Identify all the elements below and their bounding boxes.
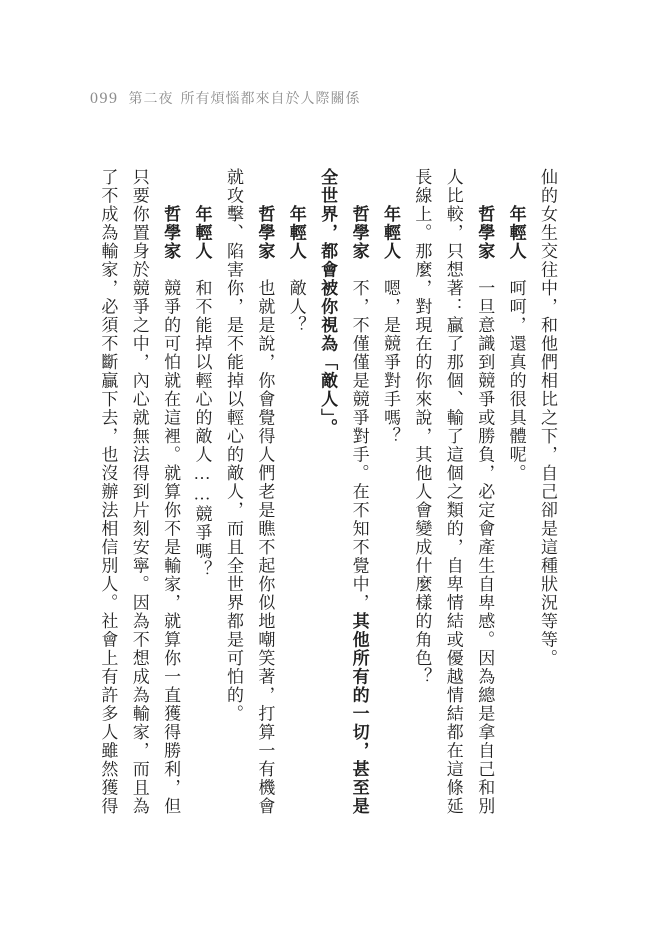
chapter-label: 第二夜 [129,88,174,108]
dialogue-paragraph: 年輕人 呵呵，還真的很具體呢。 [500,168,531,817]
dialogue-text: 和不能掉以輕心的敵人……競爭嗎？ [193,279,212,579]
speaker-name: 哲學家 [475,205,494,279]
speaker-name: 年輕人 [381,205,400,279]
dialogue-paragraph: 哲學家 不，不僅僅是競爭對手。在不知不覺中，其他所有的一切，甚至是全世界，都會被… [312,168,375,817]
running-header: 099 第二夜 所有煩惱都來自於人際關係 [90,88,361,108]
dialogue-text: 嗯，是競爭對手嗎？ [381,279,400,446]
dialogue-paragraph: 哲學家 競爭的可怕就在這裡。就算你不是輸家，就算你一直獲得勝利，但只要你置身於競… [92,168,186,817]
dialogue-paragraph: 哲學家 一旦意識到競爭或勝負，必定會產生自卑感。因為總是拿自己和別人比較，只想著… [406,168,500,817]
dialogue-text: 呵呵，還真的很具體呢。 [507,279,526,483]
dialogue-text: 仙的女生交往中，和他們相比之下，自己卻是這種狀況等等。 [538,168,557,668]
dialogue-paragraph: 年輕人 和不能掉以輕心的敵人……競爭嗎？ [186,168,217,817]
page-body-vertical-text: 仙的女生交往中，和他們相比之下，自己卻是這種狀況等等。年輕人 呵呵，還真的很具體… [91,168,563,817]
dialogue-text: 敵人？ [287,279,306,335]
dialogue-paragraph: 年輕人 嗯，是競爭對手嗎？ [375,168,406,817]
page-number: 099 [90,90,119,108]
chapter-title: 所有煩惱都來自於人際關係 [181,88,361,108]
speaker-name: 哲學家 [161,205,180,279]
speaker-name: 年輕人 [193,205,212,279]
speaker-name: 哲學家 [255,205,274,279]
speaker-name: 哲學家 [350,205,369,279]
speaker-name: 年輕人 [507,205,526,279]
continuation-paragraph: 仙的女生交往中，和他們相比之下，自己卻是這種狀況等等。 [532,168,563,817]
dialogue-paragraph: 哲學家 也就是說，你會覺得人們老是瞧不起你似地嘲笑著，打算一有機會就攻擊、陷害你… [218,168,281,817]
book-page: 099 第二夜 所有煩惱都來自於人際關係 仙的女生交往中，和他們相比之下，自己卻… [0,0,663,932]
dialogue-text: 不，不僅僅是競爭對手。在不知不覺中， [350,279,369,612]
dialogue-paragraph: 年輕人 敵人？ [280,168,311,817]
speaker-name: 年輕人 [287,205,306,279]
